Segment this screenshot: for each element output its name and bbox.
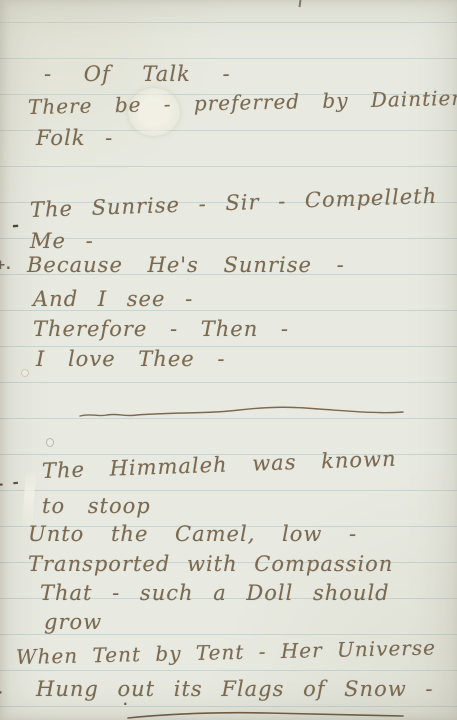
handwritten-line: There be - preferred by Daintier xyxy=(28,86,457,119)
edge-tick-mark xyxy=(299,0,302,7)
bottom-divider-rule xyxy=(127,710,405,720)
paper-flaw-ring xyxy=(21,369,29,377)
margin-cross-mark: +. xyxy=(0,258,11,273)
handwritten-line: And I see - xyxy=(33,287,193,311)
handwritten-line: The Himmaleh was known xyxy=(42,447,397,483)
manuscript-page: - Of Talk - There be - preferred by Dain… xyxy=(0,0,457,720)
handwritten-line: Unto the Camel, low - xyxy=(28,522,357,546)
margin-double-dash-mark: - - xyxy=(0,473,22,493)
handwritten-line: Hung out its Flags of Snow - xyxy=(36,677,433,701)
handwritten-line: Me - xyxy=(30,229,94,253)
handwritten-line: Because He's Sunrise - xyxy=(27,253,345,277)
handwritten-line: to stoop xyxy=(42,494,151,518)
section-divider-rule xyxy=(79,404,405,420)
handwritten-line: That - such a Doll should xyxy=(40,581,390,605)
handwritten-line: When Tent by Tent - Her Universe xyxy=(16,635,436,669)
handwritten-line: - Of Talk - xyxy=(44,62,231,86)
handwritten-line: I love Thee - xyxy=(36,347,225,371)
margin-edge-dash-mark: - xyxy=(0,683,2,701)
paper-flaw-ring xyxy=(46,438,54,447)
handwritten-line: grow xyxy=(44,610,102,634)
handwritten-line: The Sunrise - Sir - Compelleth xyxy=(30,184,438,222)
handwritten-line: Folk - xyxy=(36,126,113,150)
handwritten-line: Transported with Compassion xyxy=(28,552,393,576)
handwritten-line: Therefore - Then - xyxy=(33,317,289,341)
margin-dash-mark: - xyxy=(11,216,17,236)
